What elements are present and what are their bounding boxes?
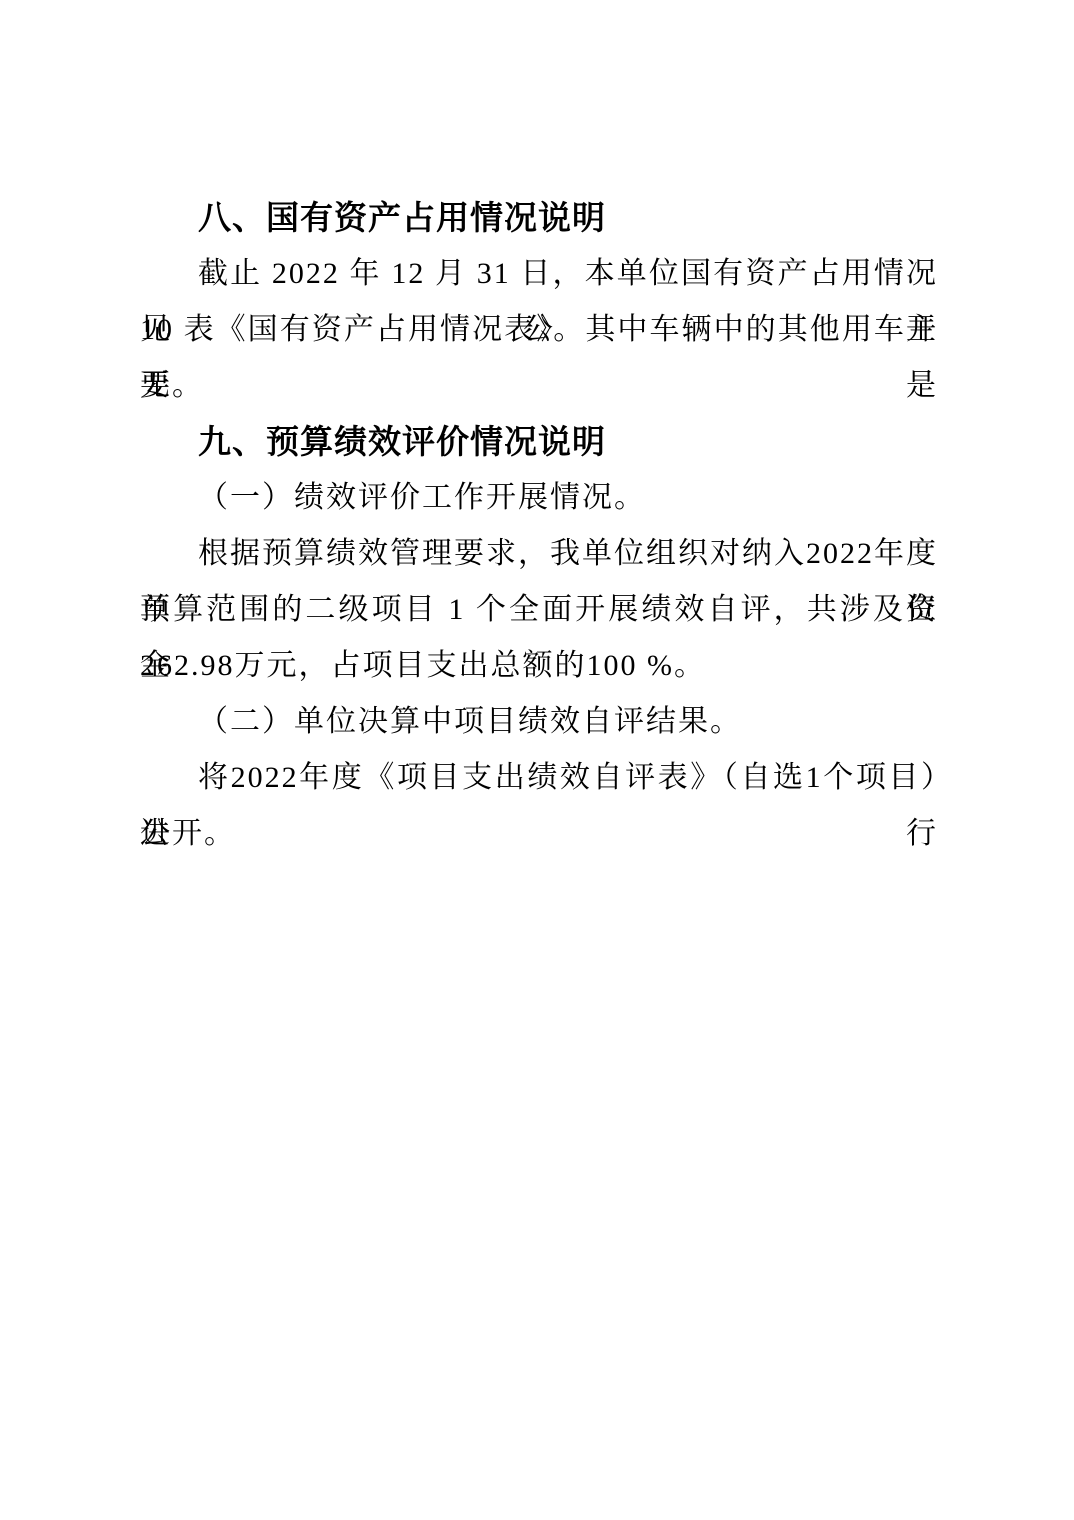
sec9-para2-line-1: 将2022年度《项目支出绩效自评表》（自选1个项目）进行	[140, 750, 938, 806]
sec9-para1-line-3: 262.98万元，占项目支出总额的100 %。	[140, 638, 938, 694]
sec9-subheading-1: （一）绩效评价工作开展情况。	[140, 470, 938, 526]
sec8-para-line-2: 10 表《国有资产占用情况表》。其中车辆中的其他用车主要是	[140, 302, 938, 358]
document-body: 八、国有资产占用情况说明 截止 2022 年 12 月 31 日，本单位国有资产…	[140, 190, 938, 862]
heading-section-9: 九、预算绩效评价情况说明	[140, 414, 938, 470]
document-page: 八、国有资产占用情况说明 截止 2022 年 12 月 31 日，本单位国有资产…	[0, 0, 1074, 1520]
sec9-para1-line-2: 预算范围的二级项目 1 个全面开展绩效自评，共涉及资金	[140, 582, 938, 638]
sec8-para-line-1: 截止 2022 年 12 月 31 日，本单位国有资产占用情况见公开	[140, 246, 938, 302]
sec9-para1-line-1: 根据预算绩效管理要求，我单位组织对纳入2022年度单位	[140, 526, 938, 582]
sec9-subheading-2: （二）单位决算中项目绩效自评结果。	[140, 694, 938, 750]
heading-section-8: 八、国有资产占用情况说明	[140, 190, 938, 246]
